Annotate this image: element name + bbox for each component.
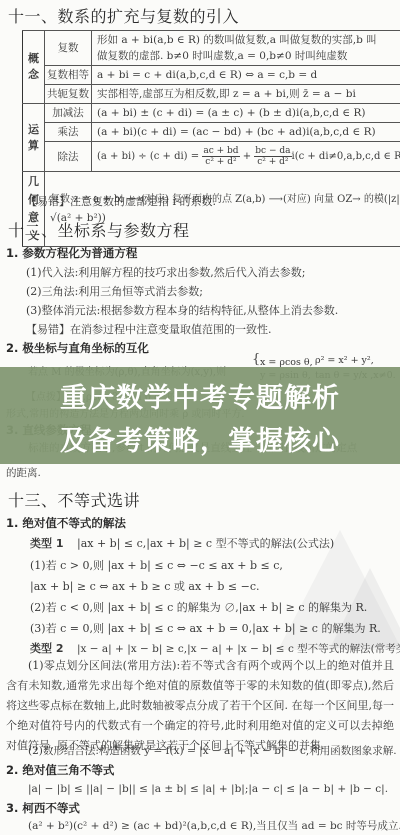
divide-plus: + [243, 151, 251, 162]
row-label-equality: 复数相等 [45, 66, 92, 85]
type-2-method-1: (1)零点划分区间法(常用方法):若不等式含有两个或两个以上的绝对值并且含有未知… [6, 656, 394, 756]
method-item-1: (1)代入法:利用解方程的技巧求出参数,然后代入消去参数; [26, 264, 306, 280]
type-1-row: 类型 1 |ax + b| ≤ c,|ax + b| ≥ c 型不等式的解法(公… [30, 535, 334, 551]
definition-line-1: 形如 a + bi(a,b ∈ R) 的数叫做复数,a 叫做复数的实部,b 叫 [97, 32, 400, 48]
row-label-divide: 除法 [45, 142, 92, 172]
title-overlay-banner: 重庆数学中考专题解析 及备考策略，掌握核心 [0, 367, 400, 464]
type-2-method-2: (2)数形结合法:构造函数 y = f(x) = |x − a| + |x − … [28, 743, 397, 758]
definition-line-2: 做复数的虚部. b≠0 时叫虚数,a = 0,b≠0 时叫纯虚数 [97, 48, 400, 64]
type-1-item-1b: |ax + b| ≥ c ⇔ ax + b ≥ c 或 ax + b ≤ −c. [30, 578, 259, 594]
type-2-text: |x − a| + |x − b| ≥ c,|x − a| + |x − b| … [77, 643, 400, 655]
subheading-13-1: 1. 绝对值不等式的解法 [6, 515, 126, 531]
row-complex-definition: 形如 a + bi(a,b ∈ R) 的数叫做复数,a 叫做复数的实部,b 叫 … [92, 31, 400, 66]
system-2-line-a: ρ² = x² + y², [315, 355, 374, 366]
type-1-item-1: (1)若 c > 0,则 |ax + b| ≤ c ⇔ −c ≤ ax + b … [30, 557, 283, 573]
document-page: 十一、数系的扩充与复数的引入 概念 复数 形如 a + bi(a,b ∈ R) … [0, 0, 400, 835]
fraction-2-denominator: c² + d² [254, 157, 291, 167]
row-label-complex: 复数 [45, 31, 92, 66]
overlay-title-line-2: 及备考策略，掌握核心 [0, 419, 400, 458]
row-add-sub-text: (a + bi) ± (c + di) = (a ± c) + (b ± d)i… [92, 104, 400, 123]
type-1-item-2: (2)若 c < 0,则 |ax + b| ≤ c 的解集为 ∅,|ax + b… [30, 599, 367, 615]
row-multiply-text: (a + bi)(c + di) = (ac − bd) + (bc + ad)… [92, 123, 400, 142]
divide-fraction-1: ac + bd c² + d² [202, 146, 239, 167]
divide-suffix: i(c + di≠0,a,b,c,d ∈ R) [292, 151, 400, 162]
type-1-text: |ax + b| ≤ c,|ax + b| ≥ c 型不等式的解法(公式法) [77, 537, 334, 550]
fraction-1-numerator: ac + bd [202, 146, 239, 157]
divide-fraction-2: bc − da c² + d² [254, 146, 291, 167]
subheading-13-2: 2. 绝对值三角不等式 [6, 762, 114, 778]
category-concept: 概念 [23, 31, 45, 104]
subheading-12-1: 1. 参数方程化为普通方程 [6, 245, 137, 261]
row-label-multiply: 乘法 [45, 123, 92, 142]
section-13-title: 十三、不等式选讲 [8, 488, 140, 511]
line-param-text-2: 的距离. [6, 465, 41, 480]
pitfall-note-11: 【易错】注意复数的虚部是指 i 的系数. [26, 193, 216, 209]
overlay-title-line-1: 重庆数学中考专题解析 [0, 376, 400, 415]
divide-prefix: (a + bi) ÷ (c + di) = [97, 151, 199, 162]
method-item-3: (3)整体消元法:根据参数方程本身的结构特征,从整体上消去参数. [26, 302, 338, 318]
row-equality-text: a + bi = c + di(a,b,c,d ∈ R) ⇔ a = c,b =… [92, 66, 400, 85]
type-2-label: 类型 2 [30, 642, 63, 655]
type-1-label: 类型 1 [30, 537, 63, 550]
method-item-2: (2)三角法:利用三角恒等式消去参数; [26, 283, 203, 299]
row-conjugate-text: 实部相等,虚部互为相反数,即 z = a + bi,则 z̄ = a − bi [92, 85, 400, 104]
subheading-12-2: 2. 极坐标与直角坐标的互化 [6, 340, 149, 356]
fraction-1-denominator: c² + d² [202, 157, 239, 167]
row-label-add-sub: 加减法 [45, 104, 92, 123]
category-operations: 运算 [23, 104, 45, 172]
cauchy-inequality-formula: (a² + b²)(c² + d²) ≥ (ac + bd)²(a,b,c,d … [28, 818, 400, 833]
complex-number-table: 概念 复数 形如 a + bi(a,b ∈ R) 的数叫做复数,a 叫做复数的实… [22, 30, 400, 247]
type-2-row: 类型 2 |x − a| + |x − b| ≥ c,|x − a| + |x … [30, 640, 400, 656]
subheading-13-3: 3. 柯西不等式 [6, 800, 80, 816]
row-label-conjugate: 共轭复数 [45, 85, 92, 104]
section-12-title: 十二、坐标系与参数方程 [8, 218, 190, 241]
type-1-item-3: (3)若 c = 0,则 |ax + b| ≤ c ⇔ ax + b = 0,|… [30, 620, 381, 636]
pitfall-note-12: 【易错】在消参过程中注意变量取值范围的一致性. [26, 321, 272, 337]
triangle-inequality-formula: |a| − |b| ≤ ||a| − |b|| ≤ |a ± b| ≤ |a| … [28, 783, 388, 795]
row-divide-formula: (a + bi) ÷ (c + di) = ac + bd c² + d² + … [92, 142, 400, 172]
fraction-2-numerator: bc − da [254, 146, 291, 157]
section-11-title: 十一、数系的扩充与复数的引入 [8, 4, 239, 27]
